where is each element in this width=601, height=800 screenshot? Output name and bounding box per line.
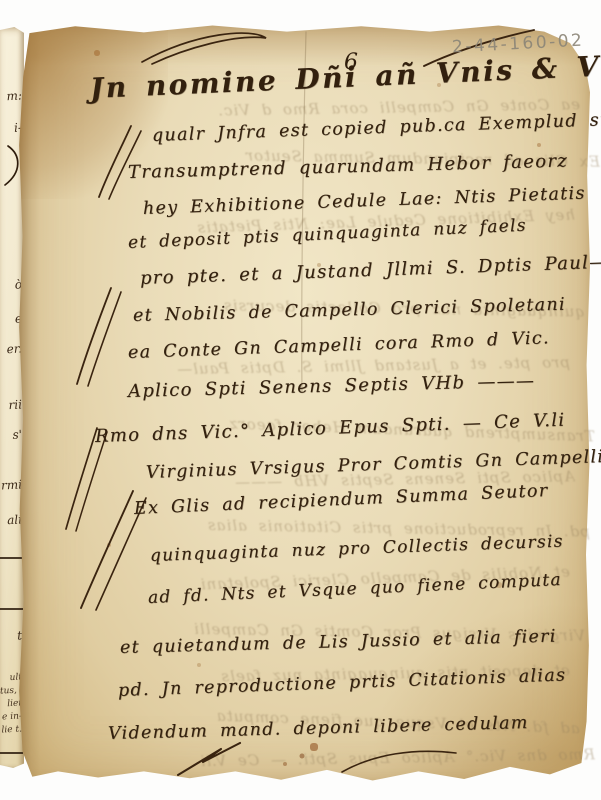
underlay-fragment-text: e <box>0 312 22 325</box>
underlay-fragment-text: er. <box>0 342 22 355</box>
underlay-ruled-line <box>0 557 23 559</box>
manuscript-page <box>18 24 590 782</box>
scan-canvas: m:i-òeer.riis'rmialitulttus, tyliete in-… <box>0 0 601 800</box>
underlay-fragment-text: rmi <box>0 478 22 491</box>
underlay-fragment-text: ali <box>0 513 22 526</box>
underlay-fragment-text: m: <box>0 89 22 102</box>
underlay-fragment-text: ult <box>0 673 22 683</box>
underlay-fragment-text: e in- <box>0 712 22 722</box>
underlay-fragment-text: t <box>0 629 22 642</box>
page-mark: 6 <box>344 50 358 75</box>
underlay-fragment-text: i- <box>0 121 22 134</box>
foxing-specks <box>18 24 20 26</box>
underlay-fragment-text: tus, ty <box>0 686 22 696</box>
underlay-ruled-line <box>0 752 23 754</box>
underlay-fragment-text: liet <box>0 699 22 709</box>
underlay-fragment-text: rii <box>0 398 22 411</box>
underlay-fragment-text: s' <box>0 428 22 441</box>
bottom-right-stain <box>370 602 590 782</box>
underlay-ruled-line <box>0 608 23 610</box>
underlay-fragment-text: ò <box>0 278 22 291</box>
underlay-fragment-text: lie t. <box>0 725 22 735</box>
